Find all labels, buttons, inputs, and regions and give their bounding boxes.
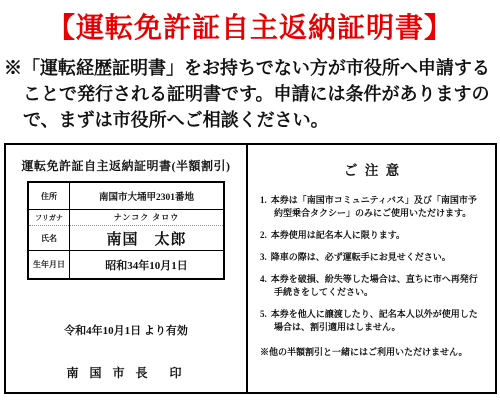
notice-item-text: 本券使用は記名本人に限ります。 bbox=[271, 230, 405, 240]
notice-item: 2.本券使用は記名本人に限ります。 bbox=[260, 229, 485, 242]
table-row-address: 住所 南国市大埇甲2301番地 bbox=[28, 182, 224, 210]
address-label: 住所 bbox=[28, 182, 70, 210]
seal-mark: 印 bbox=[170, 366, 186, 380]
notice-item-number: 2. bbox=[260, 230, 267, 240]
furigana-value: ナンコク タロウ bbox=[70, 210, 225, 226]
certificate-heading: 運転免許証自主返納証明書(半額割引) bbox=[6, 157, 246, 174]
certificate-panel: 運転免許証自主返納証明書(半額割引) 住所 南国市大埇甲2301番地 フリガナ … bbox=[6, 145, 248, 392]
notice-item-text: 本券を破損、紛失等した場合は、直ちに市へ再発行手続きをしてください。 bbox=[271, 274, 478, 297]
certificate-panels: 運転免許証自主返納証明書(半額割引) 住所 南国市大埇甲2301番地 フリガナ … bbox=[4, 143, 497, 394]
birthdate-label: 生年月日 bbox=[28, 251, 70, 280]
certificate-table: 住所 南国市大埇甲2301番地 フリガナ ナンコク タロウ 氏名 南国 太郎 生… bbox=[27, 181, 225, 280]
notice-item: 5.本券を他人に譲渡したり、記名本人以外が使用した場合は、割引適用はしません。 bbox=[260, 308, 485, 334]
name-label: 氏名 bbox=[28, 226, 70, 251]
document-page: 【運転免許証自主返納証明書】 ※「運転経歴証明書」をお持ちでない方が市役所へ申請… bbox=[0, 6, 500, 394]
notice-item-text: 降車の際は、必ず運転手にお見せください。 bbox=[271, 252, 451, 262]
address-value: 南国市大埇甲2301番地 bbox=[70, 182, 225, 210]
table-row-birthdate: 生年月日 昭和34年10月1日 bbox=[28, 251, 224, 280]
valid-from-text: 令和4年10月1日 より有効 bbox=[6, 322, 246, 338]
notice-item: 3.降車の際は、必ず運転手にお見せください。 bbox=[260, 251, 485, 264]
notice-item-number: 4. bbox=[260, 274, 267, 284]
notice-item-text: 本券を他人に譲渡したり、記名本人以外が使用した場合は、割引適用はしません。 bbox=[271, 309, 478, 332]
furigana-label: フリガナ bbox=[28, 210, 70, 226]
notice-panel: ご 注 意 1.本券は「南国市コミュニティバス」及び「南国市予約型乗合タクシー」… bbox=[248, 145, 495, 392]
table-row-name: 氏名 南国 太郎 bbox=[28, 226, 224, 251]
notice-item: 4.本券を破損、紛失等した場合は、直ちに市へ再発行手続きをしてください。 bbox=[260, 273, 485, 299]
intro-note: ※「運転経歴証明書」をお持ちでない方が市役所へ申請する ことで発行される証明書で… bbox=[4, 55, 498, 133]
notice-item-text: 本券は「南国市コミュニティバス」及び「南国市予約型乗合タクシー」のみにご使用いた… bbox=[271, 195, 477, 218]
name-value: 南国 太郎 bbox=[70, 226, 225, 251]
document-title: 【運転免許証自主返納証明書】 bbox=[0, 6, 500, 46]
notice-item-number: 5. bbox=[260, 309, 267, 319]
table-row-furigana: フリガナ ナンコク タロウ bbox=[28, 210, 224, 226]
issuer-line: 南 国 市 長印 bbox=[6, 364, 246, 381]
issuer-name: 南 国 市 長 bbox=[66, 366, 151, 380]
notice-list: 1.本券は「南国市コミュニティバス」及び「南国市予約型乗合タクシー」のみにご使用… bbox=[260, 194, 485, 334]
notice-heading: ご 注 意 bbox=[260, 159, 485, 179]
birthdate-value: 昭和34年10月1日 bbox=[70, 251, 225, 280]
notice-item-number: 3. bbox=[260, 252, 267, 262]
notice-item: 1.本券は「南国市コミュニティバス」及び「南国市予約型乗合タクシー」のみにご使用… bbox=[260, 194, 485, 220]
notice-footnote: ※他の半額割引と一緒にはご利用いただけません。 bbox=[260, 346, 485, 359]
notice-item-number: 1. bbox=[260, 195, 267, 205]
